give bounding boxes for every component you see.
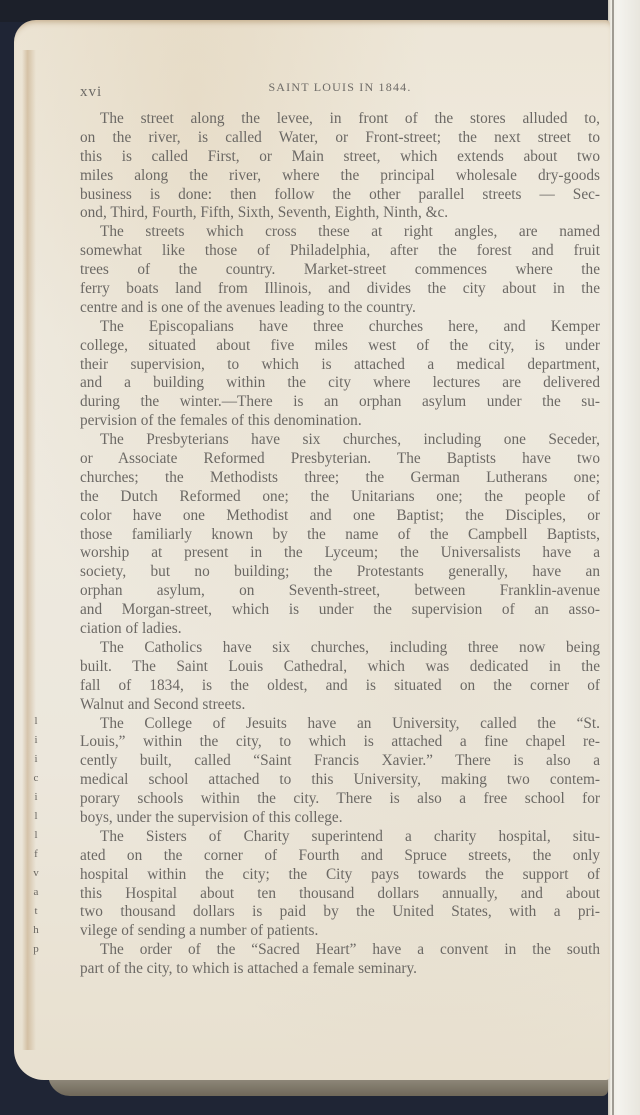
text-line: this Hospital about ten thousand dollars… bbox=[80, 885, 600, 904]
text-line: boys, under the supervision of this coll… bbox=[80, 809, 600, 828]
text-line: medical school attached to this Universi… bbox=[80, 771, 600, 790]
bleed-letter: l bbox=[28, 807, 44, 826]
text-line: or Associate Reformed Presbyterian. The … bbox=[80, 450, 600, 469]
paragraph: The street along the levee, in front of … bbox=[80, 110, 600, 223]
bleed-letter: i bbox=[28, 750, 44, 769]
text-line: their supervision, to which is attached … bbox=[80, 356, 600, 375]
bleed-letter: f bbox=[28, 845, 44, 864]
text-line: pervision of the females of this denomin… bbox=[80, 412, 600, 431]
text-line: society, but no building; the Protestant… bbox=[80, 563, 600, 582]
text-line: vilege of sending a number of patients. bbox=[80, 922, 600, 941]
text-line: two thousand dollars is paid by the Unit… bbox=[80, 903, 600, 922]
text-line: color have one Methodist and one Baptist… bbox=[80, 507, 600, 526]
text-line: the Dutch Reformed one; the Unitarians o… bbox=[80, 488, 600, 507]
text-line: orphan asylum, on Seventh-street, betwee… bbox=[80, 582, 600, 601]
text-line: college, situated about five miles west … bbox=[80, 337, 600, 356]
text-line: The Episcopalians have three churches he… bbox=[80, 318, 600, 337]
text-line: worship at present in the Lyceum; the Un… bbox=[80, 544, 600, 563]
text-line: those familiarly known by the name of th… bbox=[80, 526, 600, 545]
text-line: and Morgan-street, which is under the su… bbox=[80, 601, 600, 620]
text-line: The Presbyterians have six churches, inc… bbox=[80, 431, 600, 450]
text-line: cently built, called “Saint Francis Xavi… bbox=[80, 752, 600, 771]
text-line: fall of 1834, is the oldest, and is situ… bbox=[80, 677, 600, 696]
text-line: on the river, is called Water, or Front-… bbox=[80, 129, 600, 148]
text-line: The streets which cross these at right a… bbox=[80, 223, 600, 242]
bleed-letter: p bbox=[28, 940, 44, 959]
paragraph: The Presbyterians have six churches, inc… bbox=[80, 431, 600, 639]
bleed-letter: l bbox=[28, 826, 44, 845]
text-line: hospital within the city; the City pays … bbox=[80, 866, 600, 885]
paragraph: The Episcopalians have three churches he… bbox=[80, 318, 600, 431]
text-line: this is called First, or Main street, wh… bbox=[80, 148, 600, 167]
text-line: centre and is one of the avenues leading… bbox=[80, 299, 600, 318]
bleed-letter: l bbox=[28, 712, 44, 731]
page-header: xvi SAINT LOUIS IN 1844. bbox=[80, 80, 600, 100]
margin-bleed-through: liicillfvathp bbox=[28, 712, 44, 959]
running-title: SAINT LOUIS IN 1844. bbox=[80, 80, 600, 95]
body-text: The street along the levee, in front of … bbox=[80, 110, 600, 979]
text-line: The street along the levee, in front of … bbox=[80, 110, 600, 129]
text-line: porary schools within the city. There is… bbox=[80, 790, 600, 809]
text-line: Louis,” within the city, to which is att… bbox=[80, 733, 600, 752]
bleed-letter: t bbox=[28, 902, 44, 921]
text-line: miles along the river, where the princip… bbox=[80, 167, 600, 186]
text-line: somewhat like those of Philadelphia, aft… bbox=[80, 242, 600, 261]
text-line: ond, Third, Fourth, Fifth, Sixth, Sevent… bbox=[80, 204, 600, 223]
text-line: ated on the corner of Fourth and Spruce … bbox=[80, 847, 600, 866]
paragraph: The College of Jesuits have an Universit… bbox=[80, 715, 600, 828]
bleed-letter: h bbox=[28, 921, 44, 940]
dark-backdrop bbox=[0, 0, 640, 22]
text-line: and a building within the city where lec… bbox=[80, 374, 600, 393]
text-line: business is done: then follow the other … bbox=[80, 186, 600, 205]
text-line: The order of the “Sacred Heart” have a c… bbox=[80, 941, 600, 960]
paragraph: The order of the “Sacred Heart” have a c… bbox=[80, 941, 600, 979]
paragraph: The streets which cross these at right a… bbox=[80, 223, 600, 317]
text-line: The Sisters of Charity superintend a cha… bbox=[80, 828, 600, 847]
text-line: during the winter.—There is an orphan as… bbox=[80, 393, 600, 412]
text-line: ferry boats land from Illinois, and divi… bbox=[80, 280, 600, 299]
paragraph: The Catholics have six churches, includi… bbox=[80, 639, 600, 715]
text-line: built. The Saint Louis Cathedral, which … bbox=[80, 658, 600, 677]
text-line: part of the city, to which is attached a… bbox=[80, 960, 600, 979]
text-line: The Catholics have six churches, includi… bbox=[80, 639, 600, 658]
text-line: trees of the country. Market-street comm… bbox=[80, 261, 600, 280]
bleed-letter: c bbox=[28, 769, 44, 788]
bleed-letter: i bbox=[28, 731, 44, 750]
text-line: The College of Jesuits have an Universit… bbox=[80, 715, 600, 734]
bleed-letter: v bbox=[28, 864, 44, 883]
text-line: Walnut and Second streets. bbox=[80, 696, 600, 715]
text-line: churches; the Methodists three; the Germ… bbox=[80, 469, 600, 488]
bleed-letter: i bbox=[28, 788, 44, 807]
text-line: ciation of ladies. bbox=[80, 620, 600, 639]
paragraph: The Sisters of Charity superintend a cha… bbox=[80, 828, 600, 941]
bleed-letter: a bbox=[28, 883, 44, 902]
adjacent-page-edge bbox=[608, 0, 640, 1115]
